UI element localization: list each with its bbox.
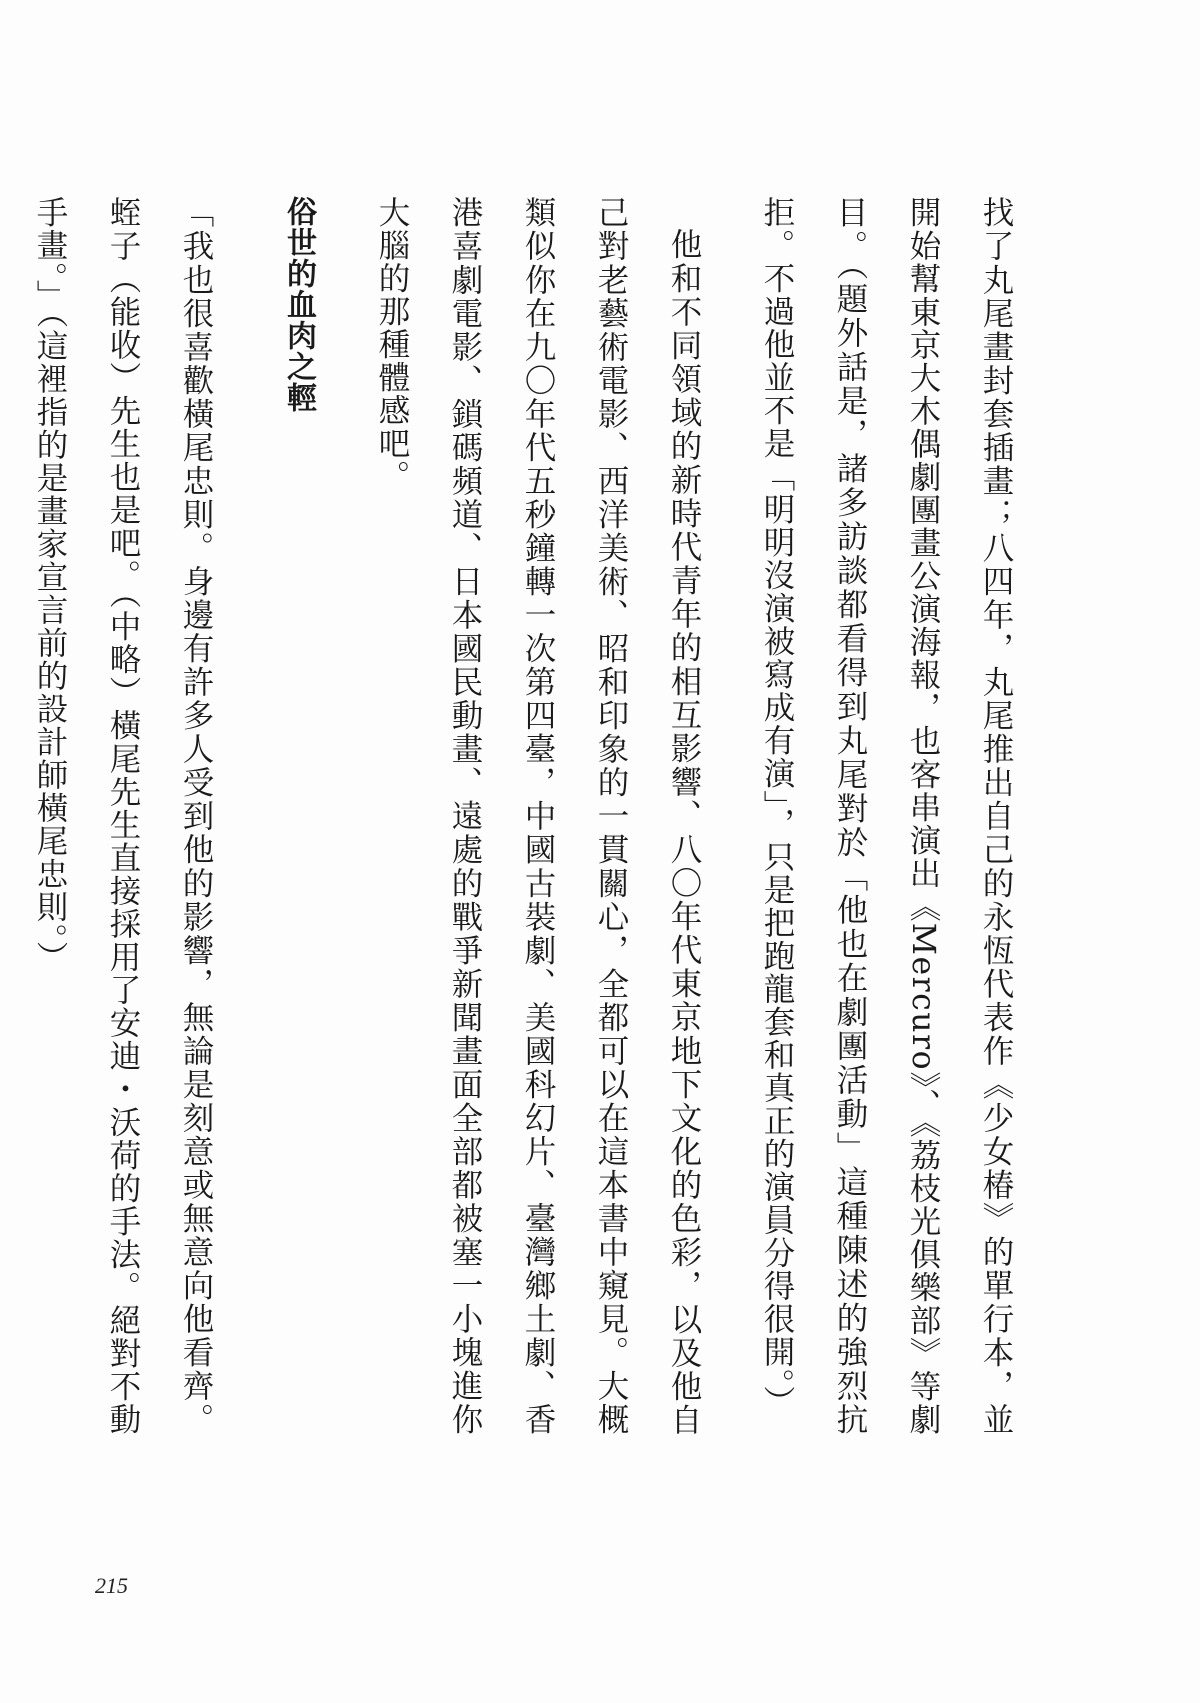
page-number: 215 — [95, 1573, 128, 1599]
section-gap — [335, 196, 355, 1436]
paragraph-quote: 「我也很喜歡橫尾忠則。身邊有許多人受到他的影響，無論是刻意或無意向他看齊。蛭子（… — [13, 196, 232, 1436]
paragraph-gap — [720, 196, 740, 1436]
book-page: 找了丸尾畫封套插畫；八四年，丸尾推出自己的永恆代表作《少女椿》的單行本，並開始幫… — [0, 0, 1200, 1703]
section-heading: 俗世的血肉之輕 — [262, 196, 335, 1436]
vertical-text-body: 找了丸尾畫封套插畫；八四年，丸尾推出自己的永恆代表作《少女椿》的單行本，並開始幫… — [13, 196, 1032, 1436]
paragraph-continuation: 找了丸尾畫封套插畫；八四年，丸尾推出自己的永恆代表作《少女椿》的單行本，並開始幫… — [740, 196, 1032, 1436]
paragraph-influences: 他和不同領域的新時代青年的相互影響、八〇年代東京地下文化的色彩，以及他自己對老藝… — [355, 196, 720, 1436]
